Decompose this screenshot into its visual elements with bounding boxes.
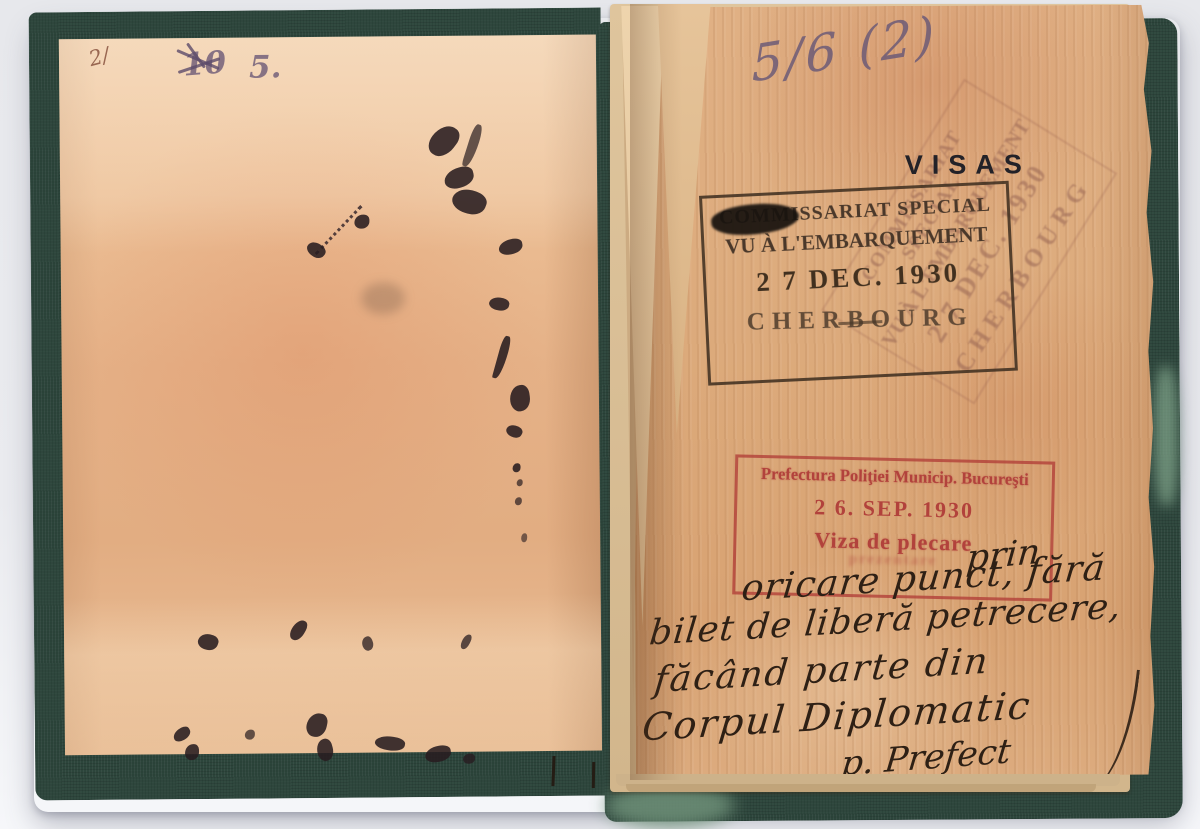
renumbered-value: 5. — [249, 49, 282, 85]
stamp-date: 2 6. SEP. 1930 — [737, 492, 1052, 525]
worn-cloth-patch — [1154, 366, 1179, 506]
ink-blot — [515, 497, 522, 505]
gutter-mark — [592, 762, 595, 788]
ink-blot — [442, 164, 476, 191]
corner-page-mark: 2/ — [86, 43, 112, 71]
ink-blot — [185, 744, 199, 760]
ink-blot — [497, 237, 523, 256]
ink-blot — [374, 734, 406, 753]
ink-blot — [504, 422, 524, 440]
ink-blot — [245, 730, 255, 740]
ink-blot — [459, 633, 473, 651]
ink-blot — [508, 384, 532, 413]
stamp-city: CHERBOURG — [708, 303, 1013, 338]
ink-blot — [424, 744, 452, 764]
ink-blot — [354, 215, 369, 229]
stamp-date: 2 7 DEC. 1930 — [706, 255, 1011, 301]
ink-blot — [461, 123, 484, 168]
ink-blot — [449, 184, 489, 219]
ink-blot — [305, 711, 329, 739]
ink-blot — [196, 631, 220, 653]
ink-blot — [360, 635, 375, 652]
left-endpaper: 2/ 10 5. — [59, 35, 602, 756]
left-cover: 2/ 10 5. — [29, 8, 608, 801]
stamp-authority: Prefectura Poliţiei Municip. Bucureşti — [742, 464, 1047, 491]
passport-photo: 2/ 10 5. — [0, 0, 1200, 829]
ink-blot — [424, 120, 464, 162]
ink-smudge — [361, 282, 405, 314]
ink-blot — [463, 754, 475, 764]
visas-heading: VISAS — [905, 149, 1031, 181]
ink-blot — [287, 617, 309, 643]
cherbourg-embarkation-stamp: COMMISSARIAT SPECIAL VU À L'EMBARQUEMENT… — [699, 181, 1018, 386]
ink-blot — [513, 463, 521, 472]
page-stack-edge — [626, 784, 1096, 792]
ink-blot — [517, 479, 523, 486]
gutter-shadow — [630, 4, 682, 780]
ink-blot — [492, 335, 512, 380]
right-side: 5/6 (2) COMMISSARIAT SPECIAL VU À L'EMBA… — [596, 4, 1190, 826]
ink-blot — [488, 295, 510, 312]
folio-number-pencil: 5/6 (2) — [751, 5, 938, 94]
ink-blot — [171, 725, 193, 744]
ink-blot — [314, 737, 335, 762]
visa-page: 5/6 (2) COMMISSARIAT SPECIAL VU À L'EMBA… — [632, 5, 1160, 778]
ink-blot — [521, 533, 527, 542]
